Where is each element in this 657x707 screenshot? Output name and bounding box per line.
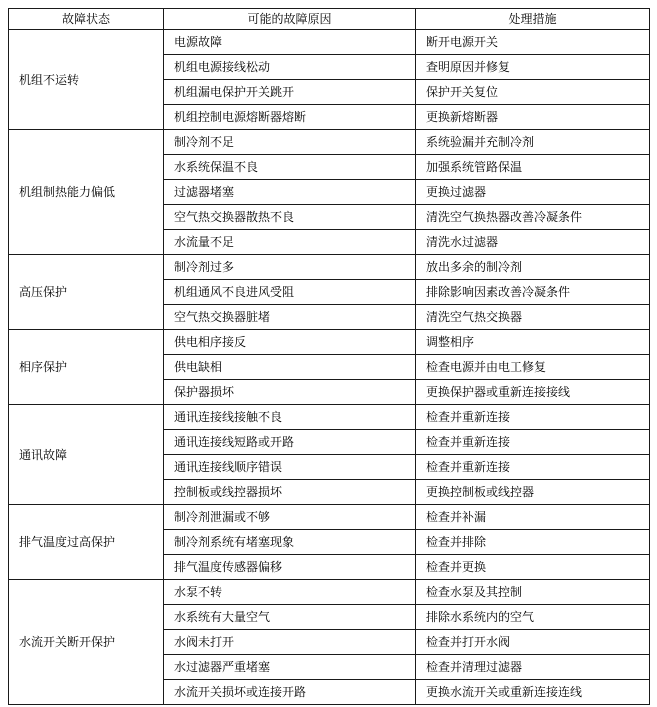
header-cell-measure: 处理措施 <box>416 9 650 30</box>
measure-cell: 断开电源开关 <box>416 30 650 55</box>
table-row: 通讯故障通讯连接线接触不良检查并重新连接 <box>9 405 650 430</box>
fault-troubleshooting-table: 故障状态 可能的故障原因 处理措施 机组不运转电源故障断开电源开关机组电源接线松… <box>8 8 650 705</box>
table-header: 故障状态 可能的故障原因 处理措施 <box>9 9 650 30</box>
measure-cell: 更换控制板或线控器 <box>416 480 650 505</box>
measure-cell: 清洗空气热交换器 <box>416 305 650 330</box>
fault-state-cell: 相序保护 <box>9 330 164 405</box>
measure-cell: 检查并重新连接 <box>416 455 650 480</box>
cause-cell: 保护器损坏 <box>164 380 416 405</box>
measure-cell: 更换过滤器 <box>416 180 650 205</box>
cause-cell: 机组漏电保护开关跳开 <box>164 80 416 105</box>
measure-cell: 检查并排除 <box>416 530 650 555</box>
cause-cell: 水系统有大量空气 <box>164 605 416 630</box>
measure-cell: 检查电源并由电工修复 <box>416 355 650 380</box>
measure-cell: 排除水系统内的空气 <box>416 605 650 630</box>
measure-cell: 检查并更换 <box>416 555 650 580</box>
cause-cell: 通讯连接线接触不良 <box>164 405 416 430</box>
fault-state-cell: 高压保护 <box>9 255 164 330</box>
measure-cell: 清洗空气换热器改善冷凝条件 <box>416 205 650 230</box>
measure-cell: 加强系统管路保温 <box>416 155 650 180</box>
measure-cell: 更换水流开关或重新连接连线 <box>416 680 650 705</box>
cause-cell: 机组通风不良进风受阻 <box>164 280 416 305</box>
measure-cell: 检查水泵及其控制 <box>416 580 650 605</box>
table-row: 高压保护制冷剂过多放出多余的制冷剂 <box>9 255 650 280</box>
measure-cell: 排除影响因素改善冷凝条件 <box>416 280 650 305</box>
table-row: 相序保护供电相序接反调整相序 <box>9 330 650 355</box>
measure-cell: 检查并补漏 <box>416 505 650 530</box>
measure-cell: 检查并清理过滤器 <box>416 655 650 680</box>
table-row: 机组制热能力偏低制冷剂不足系统验漏并充制冷剂 <box>9 130 650 155</box>
cause-cell: 机组控制电源熔断器熔断 <box>164 105 416 130</box>
cause-cell: 空气热交换器脏堵 <box>164 305 416 330</box>
measure-cell: 更换新熔断器 <box>416 105 650 130</box>
cause-cell: 制冷剂泄漏或不够 <box>164 505 416 530</box>
fault-state-cell: 排气温度过高保护 <box>9 505 164 580</box>
cause-cell: 水系统保温不良 <box>164 155 416 180</box>
measure-cell: 查明原因并修复 <box>416 55 650 80</box>
cause-cell: 制冷剂不足 <box>164 130 416 155</box>
cause-cell: 通讯连接线短路或开路 <box>164 430 416 455</box>
cause-cell: 水过滤器严重堵塞 <box>164 655 416 680</box>
measure-cell: 保护开关复位 <box>416 80 650 105</box>
measure-cell: 系统验漏并充制冷剂 <box>416 130 650 155</box>
cause-cell: 通讯连接线顺序错误 <box>164 455 416 480</box>
fault-state-cell: 机组制热能力偏低 <box>9 130 164 255</box>
cause-cell: 过滤器堵塞 <box>164 180 416 205</box>
measure-cell: 清洗水过滤器 <box>416 230 650 255</box>
table-row: 排气温度过高保护制冷剂泄漏或不够检查并补漏 <box>9 505 650 530</box>
cause-cell: 水流开关损坏或连接开路 <box>164 680 416 705</box>
measure-cell: 检查并重新连接 <box>416 430 650 455</box>
measure-cell: 检查并重新连接 <box>416 405 650 430</box>
fault-state-cell: 通讯故障 <box>9 405 164 505</box>
measure-cell: 调整相序 <box>416 330 650 355</box>
cause-cell: 制冷剂系统有堵塞现象 <box>164 530 416 555</box>
fault-state-cell: 水流开关断开保护 <box>9 580 164 705</box>
table-row: 水流开关断开保护水泵不转检查水泵及其控制 <box>9 580 650 605</box>
cause-cell: 供电缺相 <box>164 355 416 380</box>
fault-troubleshooting-table-wrap: 故障状态 可能的故障原因 处理措施 机组不运转电源故障断开电源开关机组电源接线松… <box>8 8 650 705</box>
table-row: 机组不运转电源故障断开电源开关 <box>9 30 650 55</box>
measure-cell: 更换保护器或重新连接接线 <box>416 380 650 405</box>
header-cell-fault-state: 故障状态 <box>9 9 164 30</box>
measure-cell: 检查并打开水阀 <box>416 630 650 655</box>
cause-cell: 水泵不转 <box>164 580 416 605</box>
measure-cell: 放出多余的制冷剂 <box>416 255 650 280</box>
cause-cell: 电源故障 <box>164 30 416 55</box>
cause-cell: 制冷剂过多 <box>164 255 416 280</box>
cause-cell: 机组电源接线松动 <box>164 55 416 80</box>
cause-cell: 控制板或线控器损坏 <box>164 480 416 505</box>
fault-state-cell: 机组不运转 <box>9 30 164 130</box>
header-cell-possible-cause: 可能的故障原因 <box>164 9 416 30</box>
cause-cell: 排气温度传感器偏移 <box>164 555 416 580</box>
header-row: 故障状态 可能的故障原因 处理措施 <box>9 9 650 30</box>
cause-cell: 水流量不足 <box>164 230 416 255</box>
cause-cell: 供电相序接反 <box>164 330 416 355</box>
cause-cell: 水阀未打开 <box>164 630 416 655</box>
cause-cell: 空气热交换器散热不良 <box>164 205 416 230</box>
fault-table-body: 机组不运转电源故障断开电源开关机组电源接线松动查明原因并修复机组漏电保护开关跳开… <box>9 30 650 705</box>
